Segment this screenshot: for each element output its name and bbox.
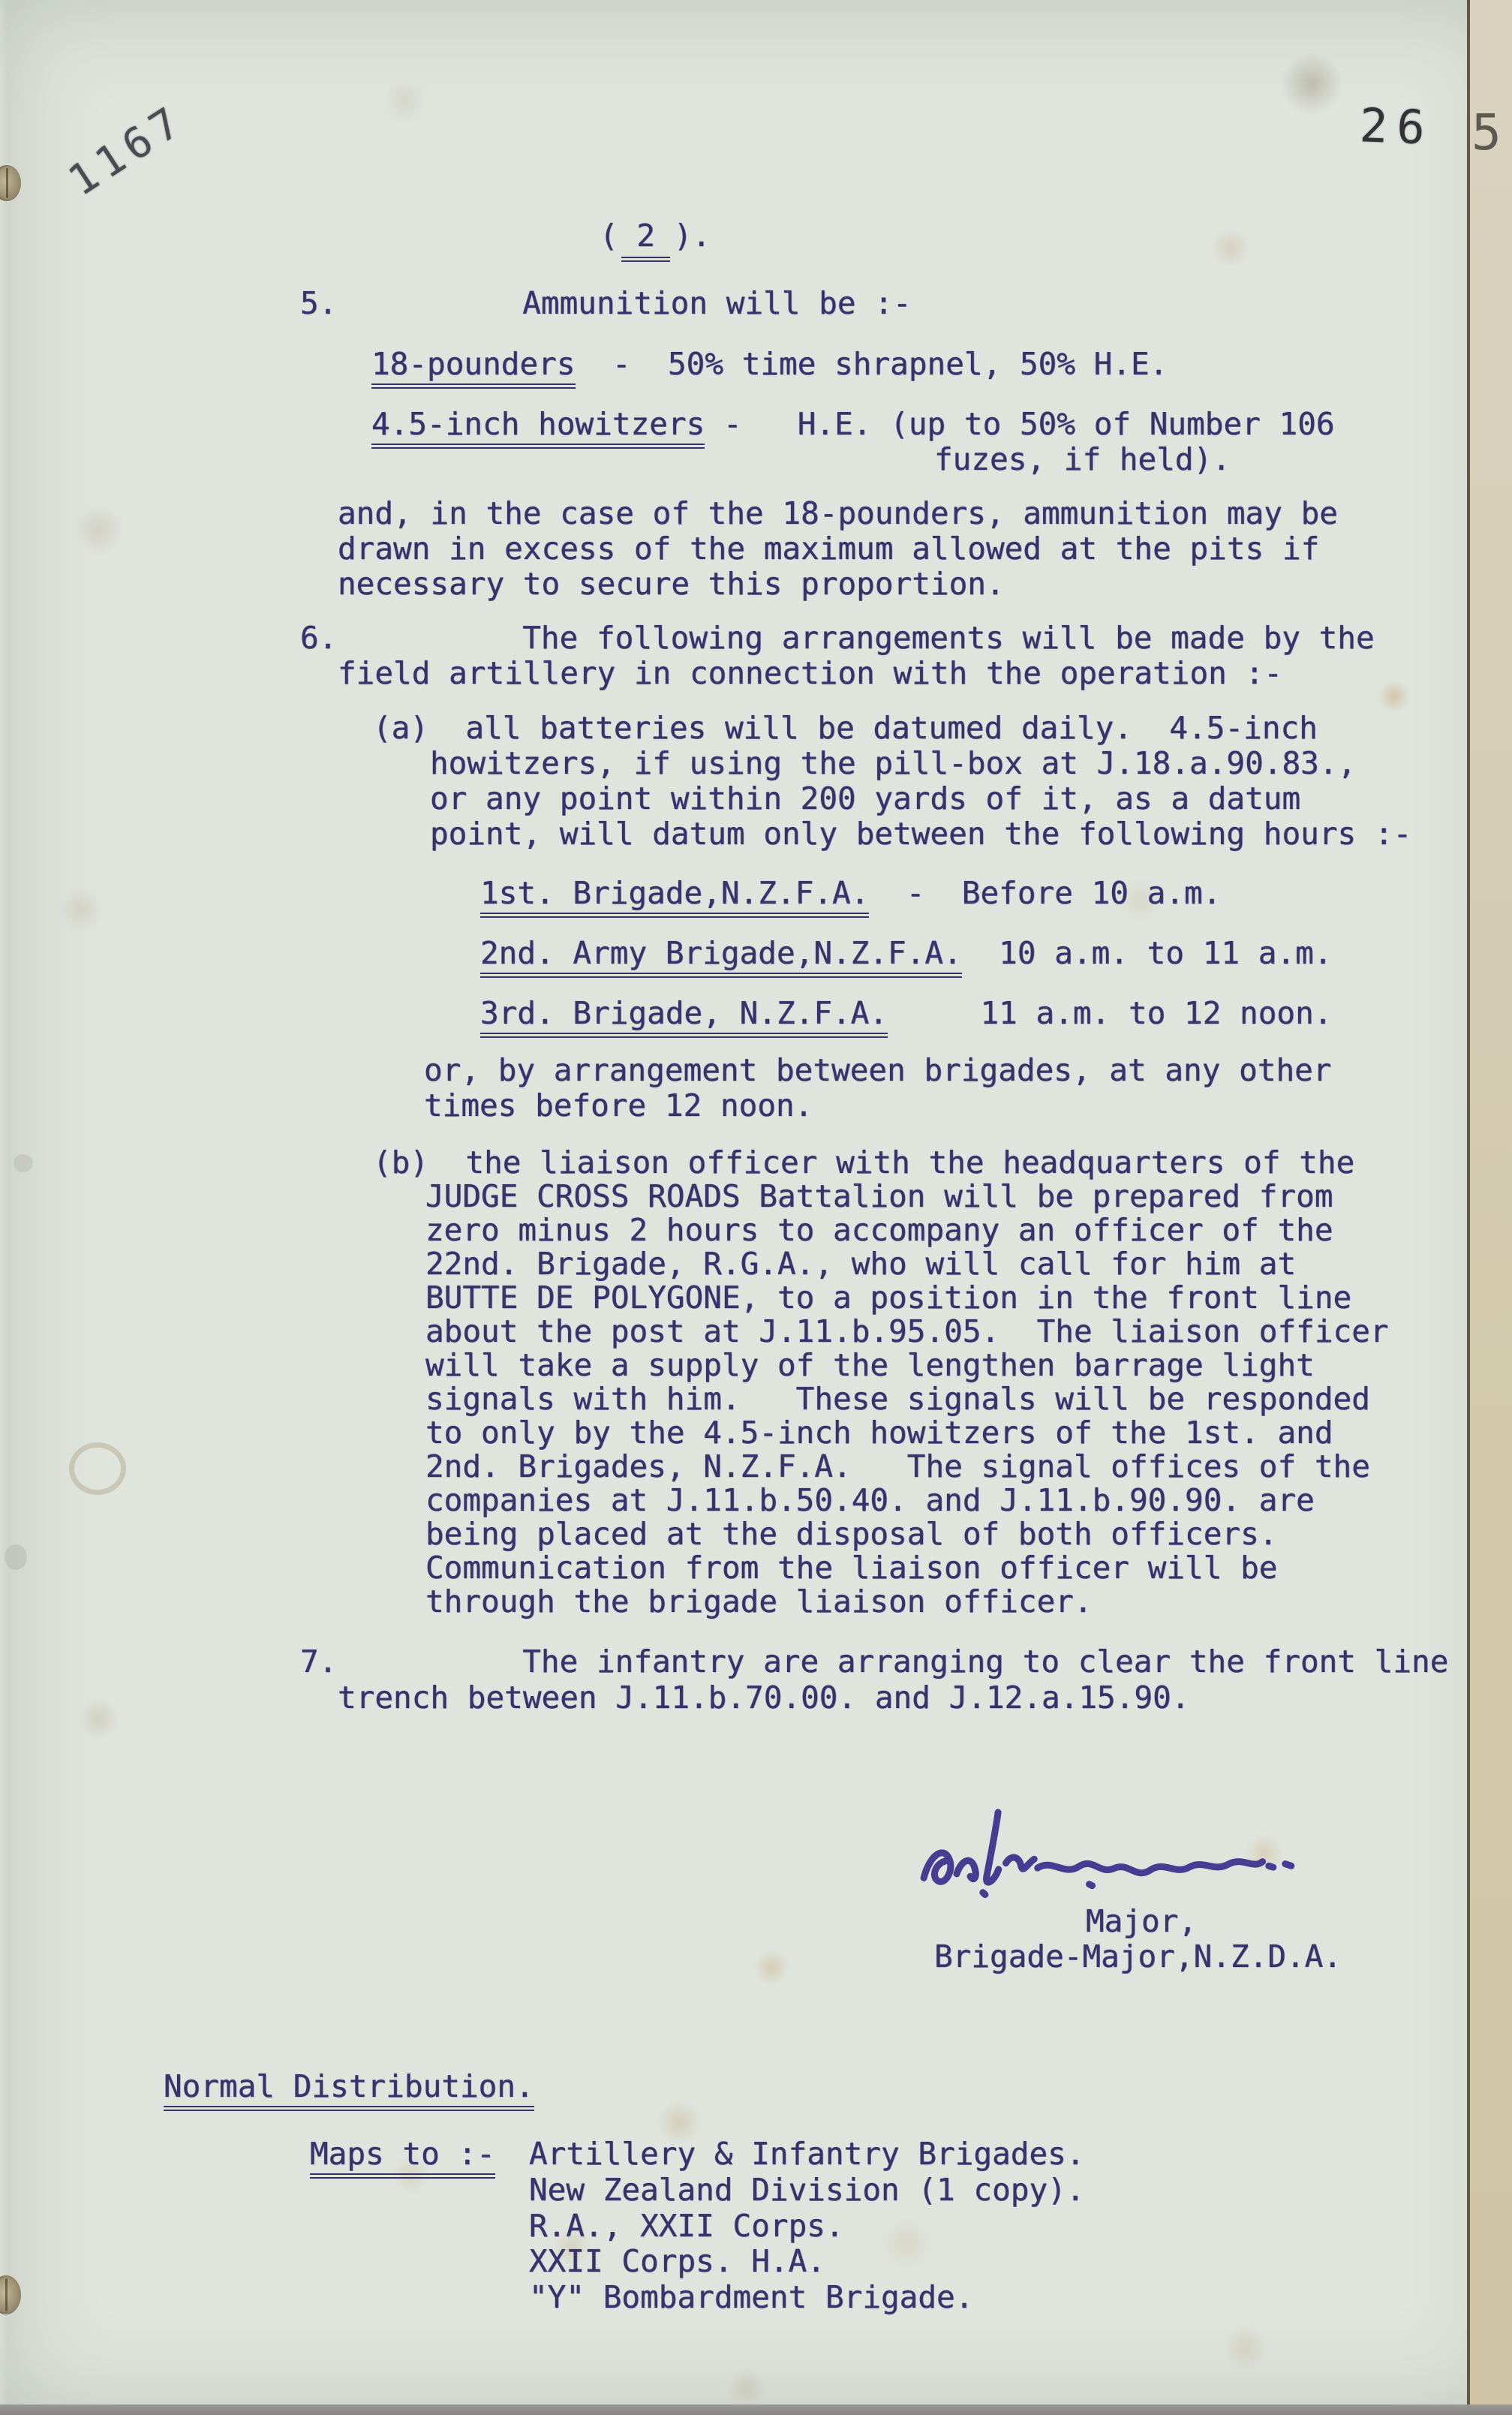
smudge-stain <box>5 1544 27 1570</box>
item6b-line: Communication from the liaison officer w… <box>425 1551 1277 1584</box>
datum-time: 11 a.m. to 12 noon. <box>888 995 1332 1031</box>
item6b-line: to only by the 4.5-inch howitzers of the… <box>425 1416 1333 1449</box>
datum-time: 10 a.m. to 11 a.m. <box>962 935 1333 971</box>
adjacent-page-digit: 5 <box>1471 104 1501 161</box>
ammo-howitzers-continuation: fuzes, if held). <box>934 443 1231 476</box>
recipient-line: New Zealand Division (1 copy). <box>529 2173 1085 2206</box>
signature-ink <box>907 1781 1302 1922</box>
distribution-heading: Normal Distribution. <box>164 2070 534 2103</box>
adjacent-page-edge: 5 <box>1467 0 1512 2415</box>
item6b-line: signals with him. These signals will be … <box>425 1382 1370 1415</box>
recipient-line: "Y" Bombardment Brigade. <box>529 2281 973 2314</box>
ammo-18pounders-line: 18-pounders - 50% time shrapnel, 50% H.E… <box>371 347 1168 380</box>
ring-stain <box>69 1442 126 1495</box>
item5-para-line: and, in the case of the 18-pounders, amm… <box>338 497 1338 530</box>
punch-hole-slit <box>5 2278 8 2311</box>
item5-lead-line: 5. Ammunition will be :- <box>300 287 912 320</box>
ammo-18pounders-detail: - 50% time shrapnel, 50% H.E. <box>576 346 1168 382</box>
item5-para-line: drawn in excess of the maximum allowed a… <box>338 532 1319 565</box>
item6a-line: howitzers, if using the pill-box at J.18… <box>430 747 1356 780</box>
signoff-rank: Major, <box>1086 1905 1197 1938</box>
page-number-stamp: 26 <box>1359 98 1435 155</box>
stamp-number: 1167 <box>60 95 194 206</box>
item6b-line: BUTTE DE POLYGONE, to a position in the … <box>425 1281 1351 1314</box>
item6b-line: (b) the liaison officer with the headqua… <box>373 1146 1354 1179</box>
item6b-line: being placed at the disposal of both off… <box>425 1517 1277 1550</box>
maps-to-label: Maps to :- <box>310 2137 495 2170</box>
item7-lead-line: 7. The infantry are arranging to clear t… <box>300 1645 1448 1678</box>
punch-hole-slit <box>6 168 8 198</box>
ammo-18pounders-label: 18-pounders <box>371 346 576 389</box>
item6b-line: zero minus 2 hours to accompany an offic… <box>425 1214 1333 1247</box>
item6b-line: will take a supply of the lengthen barra… <box>425 1349 1315 1382</box>
ammo-howitzers-line: 4.5-inch howitzers - H.E. (up to 50% of … <box>371 408 1335 441</box>
item6-or-line: or, by arrangement between brigades, at … <box>424 1054 1332 1087</box>
page-title: ( 2 ). <box>600 219 711 252</box>
recipient-line: Artillery & Infantry Brigades. <box>529 2137 1085 2170</box>
item6b-line: about the post at J.11.b.95.05. The liai… <box>425 1315 1389 1348</box>
item6-lead-line: 6. The following arrangements will be ma… <box>300 621 1375 654</box>
punch-hole <box>0 165 21 201</box>
item7-lead-line2: trench between J.11.b.70.00. and J.12.a.… <box>338 1681 1189 1714</box>
distribution-heading-text: Normal Distribution. <box>164 2068 534 2111</box>
item6b-line: 22nd. Brigade, R.G.A., who will call for… <box>425 1247 1296 1280</box>
datum-time: - Before 10 a.m. <box>869 875 1221 911</box>
smudge-stain <box>14 1154 33 1172</box>
item6a-line: (a) all batteries will be datumed daily.… <box>373 711 1318 744</box>
datum-unit: 1st. Brigade,N.Z.F.A. <box>480 875 869 918</box>
datum-unit: 3rd. Brigade, N.Z.F.A. <box>480 995 888 1038</box>
ammo-howitzers-detail: - H.E. (up to 50% of Number 106 <box>705 406 1334 442</box>
datum-unit: 2nd. Army Brigade,N.Z.F.A. <box>480 935 962 978</box>
item5-para-line: necessary to secure this proportion. <box>338 567 1005 600</box>
item6b-line: through the brigade liaison officer. <box>425 1585 1093 1618</box>
datum-row: 2nd. Army Brigade,N.Z.F.A. 10 a.m. to 11… <box>480 937 1332 970</box>
item6-or-line: times before 12 noon. <box>424 1089 813 1122</box>
item6b-line: JUDGE CROSS ROADS Battalion will be prep… <box>425 1180 1333 1213</box>
ammo-howitzers-label: 4.5-inch howitzers <box>371 406 705 449</box>
item6b-line: 2nd. Brigades, N.Z.F.A. The signal offic… <box>425 1450 1370 1483</box>
punch-hole <box>0 2275 21 2314</box>
item6a-line: or any point within 200 yards of it, as … <box>430 782 1300 815</box>
recipient-line: XXII Corps. H.A. <box>529 2245 825 2278</box>
page-title-close: ). <box>655 218 711 254</box>
item6b-line: companies at J.11.b.50.40. and J.11.b.90… <box>425 1484 1315 1517</box>
item6-lead-line2: field artillery in connection with the o… <box>338 657 1282 690</box>
recipient-line: R.A., XXII Corps. <box>529 2209 844 2242</box>
item6a-line: point, will datum only between the follo… <box>430 817 1411 850</box>
signoff-title: Brigade-Major,N.Z.D.A. <box>934 1940 1342 1973</box>
scan-bottom-edge <box>0 2404 1512 2415</box>
datum-row: 1st. Brigade,N.Z.F.A. - Before 10 a.m. <box>480 877 1221 910</box>
document-scan-page: 1167 26 ( 2 ). 5. Ammunition will be :- … <box>0 0 1512 2415</box>
maps-to-label-text: Maps to :- <box>310 2136 495 2179</box>
datum-row: 3rd. Brigade, N.Z.F.A. 11 a.m. to 12 noo… <box>480 997 1332 1030</box>
